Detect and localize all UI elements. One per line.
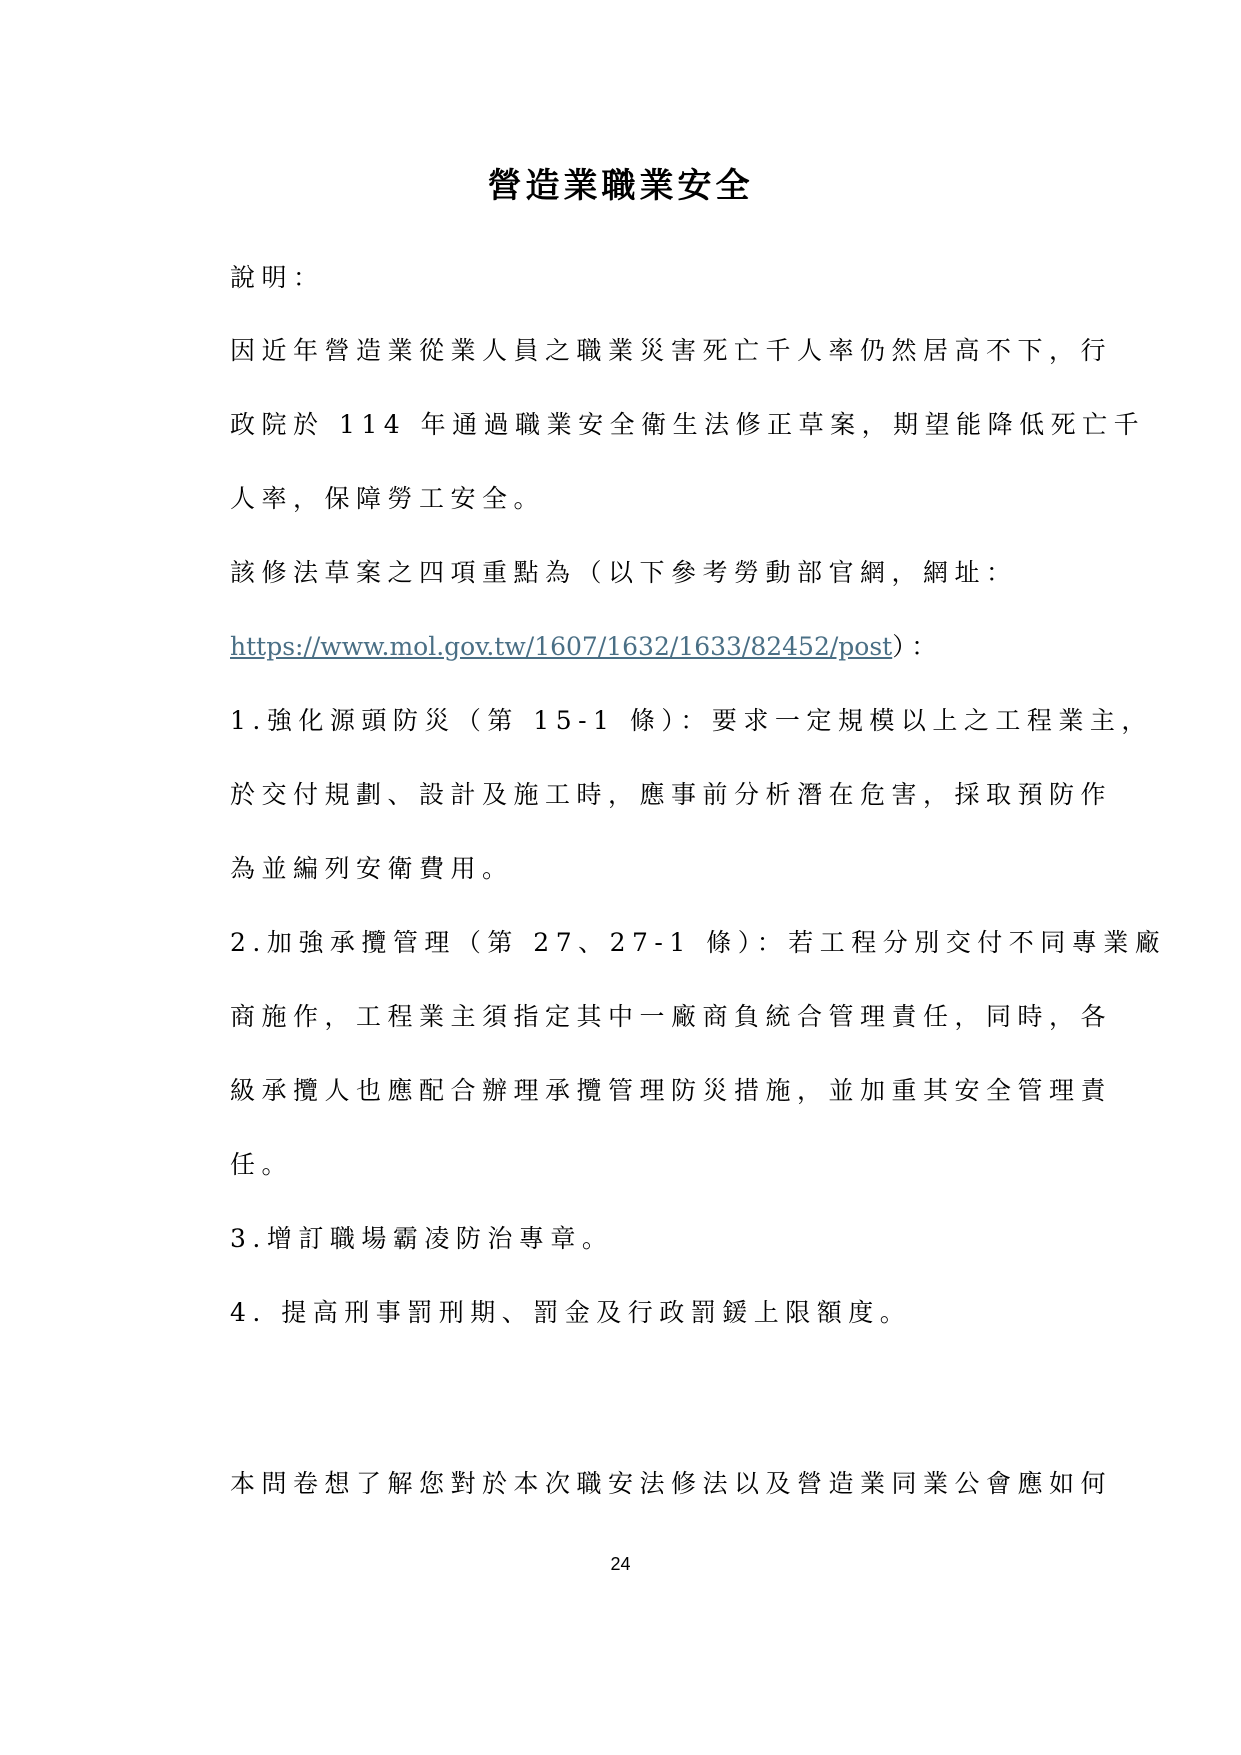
document-page: 營造業職業安全 說明： 因近年營造業從業人員之職業災害死亡千人率仍然居高不下，行… (0, 0, 1241, 1755)
explanation-label: 說明： (230, 260, 325, 296)
point-2-line-3: 級承攬人也應配合辦理承攬管理防災措施，並加重其安全管理責 (230, 1073, 1112, 1109)
reference-link[interactable]: https://www.mol.gov.tw/1607/1632/1633/82… (230, 632, 892, 661)
reference-line: 該修法草案之四項重點為（以下參考勞動部官網，網址： (230, 555, 1018, 591)
reference-url-line: https://www.mol.gov.tw/1607/1632/1633/82… (230, 629, 943, 665)
point-2-line-1: 2.加強承攬管理（第 27、27-1 條）：若工程分別交付不同專業廠 (230, 925, 1166, 961)
point-2-line-2: 商施作，工程業主須指定其中一廠商負統合管理責任，同時，各 (230, 999, 1112, 1035)
point-1-line-2: 於交付規劃、設計及施工時，應事前分析潛在危害，採取預防作 (230, 777, 1112, 813)
point-3-line-1: 3.增訂職場霸凌防治專章。 (230, 1221, 613, 1257)
point-1-line-1: 1.強化源頭防災（第 15-1 條）：要求一定規模以上之工程業主， (230, 703, 1153, 739)
intro-line-2: 政院於 114 年通過職業安全衛生法修正草案，期望能降低死亡千 (230, 407, 1145, 443)
document-title: 營造業職業安全 (0, 164, 1241, 208)
page-number: 24 (0, 1552, 1241, 1576)
point-4-line-1: 4. 提高刑事罰刑期、罰金及行政罰鍰上限額度。 (230, 1295, 911, 1331)
intro-line-3: 人率，保障勞工安全。 (230, 481, 545, 517)
intro-line-1: 因近年營造業從業人員之職業災害死亡千人率仍然居高不下，行 (230, 333, 1112, 369)
point-2-line-4: 任。 (230, 1147, 293, 1183)
point-1-line-3: 為並編列安衛費用。 (230, 851, 514, 887)
reference-suffix: ）： (892, 632, 943, 661)
closing-line: 本問卷想了解您對於本次職安法修法以及營造業同業公會應如何 (230, 1466, 1112, 1502)
